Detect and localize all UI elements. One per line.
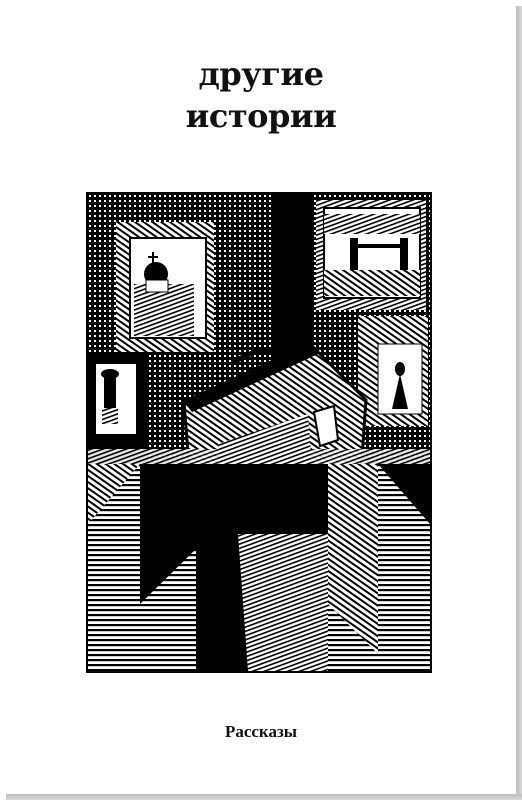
title-line-2: истории [0,98,522,134]
page-shadow-right [516,6,522,800]
book-cover-page: другие истории [0,0,516,794]
page-shadow-bottom [6,794,522,800]
figure-picture [358,316,428,426]
statue-figure [88,354,148,464]
striped-shapes [88,464,430,671]
church-picture [116,222,214,352]
subtitle-genre: Рассказы [0,722,522,742]
title-line-1: другие [0,56,522,92]
cover-illustration [86,192,432,673]
bridge-picture [316,200,426,310]
